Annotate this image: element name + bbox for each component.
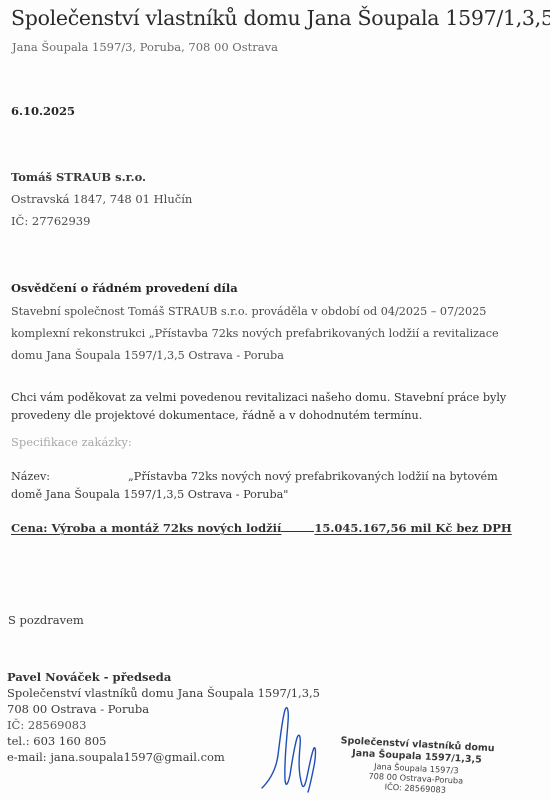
signer-ic: IČ: 28569083 [7,718,86,732]
price-value: 15.045.167,56 mil Kč bez DPH [314,521,511,535]
signer-name: Pavel Nováček - předseda [7,670,171,684]
price-underline-gap [281,518,314,532]
name-value: domě Jana Šoupala 1597/1,3,5 Ostrava - P… [11,488,288,501]
letterhead-address: Jana Šoupala 1597/3, Poruba, 708 00 Ostr… [12,40,278,54]
letter-heading: Osvědčení o řádném provedení díla [11,281,238,295]
paragraph-line: Chci vám poděkovat za velmi povedenou re… [11,391,506,404]
paragraph-line: provedeny dle projektové dokumentace, řá… [11,409,422,422]
paragraph-line: domu Jana Šoupala 1597/1,3,5 Ostrava - P… [11,349,284,362]
paragraph-line: komplexní rekonstrukci „Přístavba 72ks n… [11,327,499,340]
price-label: Cena: Výroba a montáž 72ks nových lodžií [11,521,281,535]
signer-organization: Společenství vlastníků domu Jana Šoupala… [7,686,320,700]
spec-label: Specifikace zakázky: [11,435,132,449]
letter-date: 6.10.2025 [11,104,75,118]
paragraph-line: Stavební společnost Tomáš STRAUB s.r.o. … [11,305,486,318]
letterhead-title: Společenství vlastníků domu Jana Šoupala… [11,6,550,30]
organization-stamp: Společenství vlastníků domu Jana Šoupala… [315,734,518,798]
recipient-ic: IČ: 27762939 [11,214,90,228]
name-value: „Přístavba 72ks nových nový prefabrikova… [128,470,498,483]
signer-address: 708 00 Ostrava - Poruba [7,702,149,716]
signer-phone: tel.: 603 160 805 [7,734,106,748]
price-row: Cena: Výroba a montáž 72ks nových lodžií… [11,518,512,535]
name-label: Název: [11,470,50,483]
recipient-name: Tomáš STRAUB s.r.o. [11,170,146,184]
greeting: S pozdravem [8,613,84,627]
signer-email: e-mail: jana.soupala1597@gmail.com [7,750,225,764]
recipient-address: Ostravská 1847, 748 01 Hlučín [11,192,192,206]
